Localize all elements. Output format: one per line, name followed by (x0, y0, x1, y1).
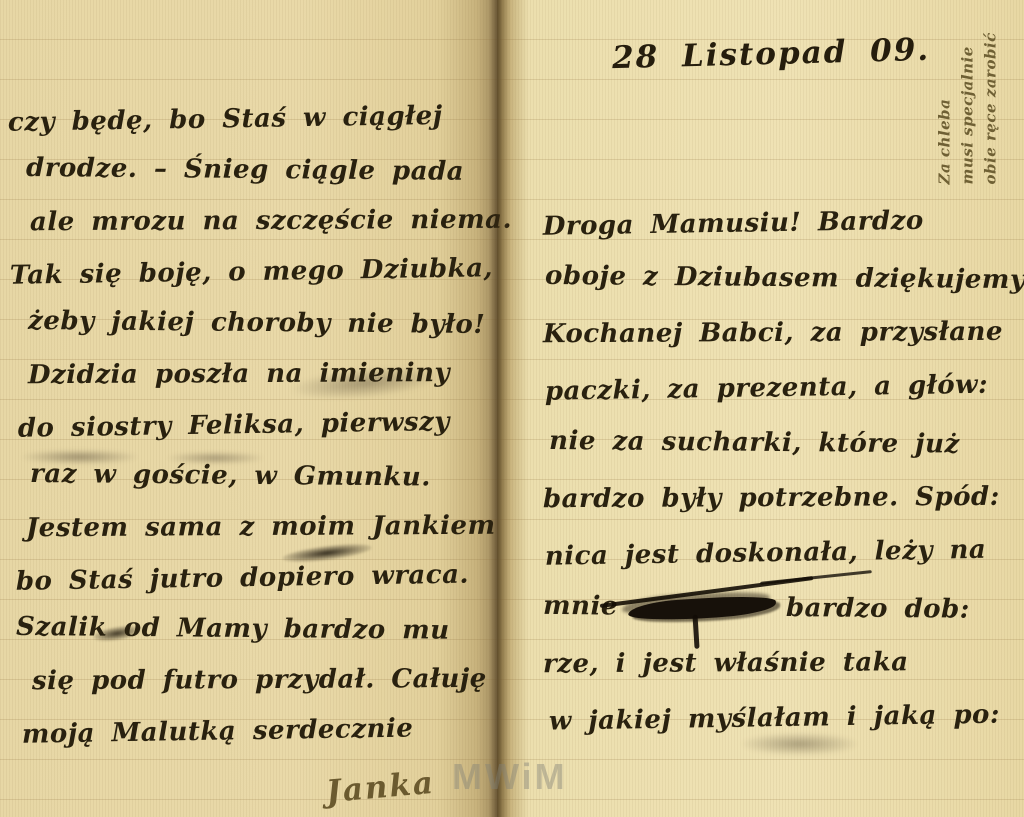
handwritten-line: ale mrozu na szczęście niema. (30, 205, 492, 258)
handwritten-line: Dzidzia poszła na imieniny (28, 358, 492, 411)
left-page-text: czy będę, bo Staś w ciągłej drodze. – Śn… (8, 104, 492, 803)
handwritten-line: raz w goście, w Gmunku. (30, 459, 492, 514)
blot-line-post: bardzo dob: (786, 593, 970, 625)
handwritten-line: drodze. – Śnieg ciągle pada (26, 153, 492, 208)
handwritten-line: żeby jakiej choroby nie było! (28, 306, 492, 361)
handwritten-line: moją Malutką serdecznie (22, 712, 493, 770)
handwritten-line: paczki, za prezenta, a głów: (545, 369, 1019, 431)
handwritten-line: bardzo były potrzebne. Spód: (543, 482, 1018, 539)
handwritten-line: mniebardzo dob: (543, 591, 1018, 650)
handwritten-line: oboje z Dziubasem dziękujemy (545, 261, 1018, 320)
handwritten-line: Droga Mamusiu! Bardzo (543, 204, 1019, 266)
handwritten-line: nie za sucharki, które już (549, 426, 1018, 485)
ink-blot (627, 594, 776, 623)
handwritten-line: rze, i jest właśnie taka (543, 647, 1018, 704)
handwritten-line: Kochanej Babci, za przysłane (543, 317, 1018, 374)
handwritten-line: się pod futro przydał. Całuję (32, 664, 492, 717)
handwritten-line: bo Staś jutro dopiero wraca. (16, 559, 493, 617)
corner-note-line: obie ręce zarobić (980, 1, 1003, 185)
handwritten-line: nica jest doskonała, leży na (545, 534, 1019, 596)
handwritten-line: Jestem sama z moim Jankiem (26, 511, 492, 564)
handwritten-line: w jakiej myślałam i jaką po: (549, 699, 1019, 761)
watermark: MWiM (452, 756, 568, 798)
corner-note-line: Za chleba (934, 1, 957, 185)
corner-note-line: musi specjalnie (957, 1, 980, 185)
handwritten-line: czy będę, bo Staś w ciągłej (8, 100, 493, 159)
right-page-text: Droga Mamusiu! Bardzo oboje z Dziubasem … (543, 208, 1018, 758)
corner-note: Za chleba musi specjalnie obie ręce zaro… (934, 1, 1003, 185)
handwritten-line: do siostry Feliksa, pierwszy (18, 406, 493, 464)
binding-gutter (489, 0, 511, 817)
handwritten-line: Szalik od Mamy bardzo mu (16, 612, 492, 667)
handwritten-line: Tak się boję, o mego Dziubka, (10, 253, 493, 312)
letter-scan: 28 Listopad 09. Za chleba musi specjalni… (0, 0, 1024, 817)
